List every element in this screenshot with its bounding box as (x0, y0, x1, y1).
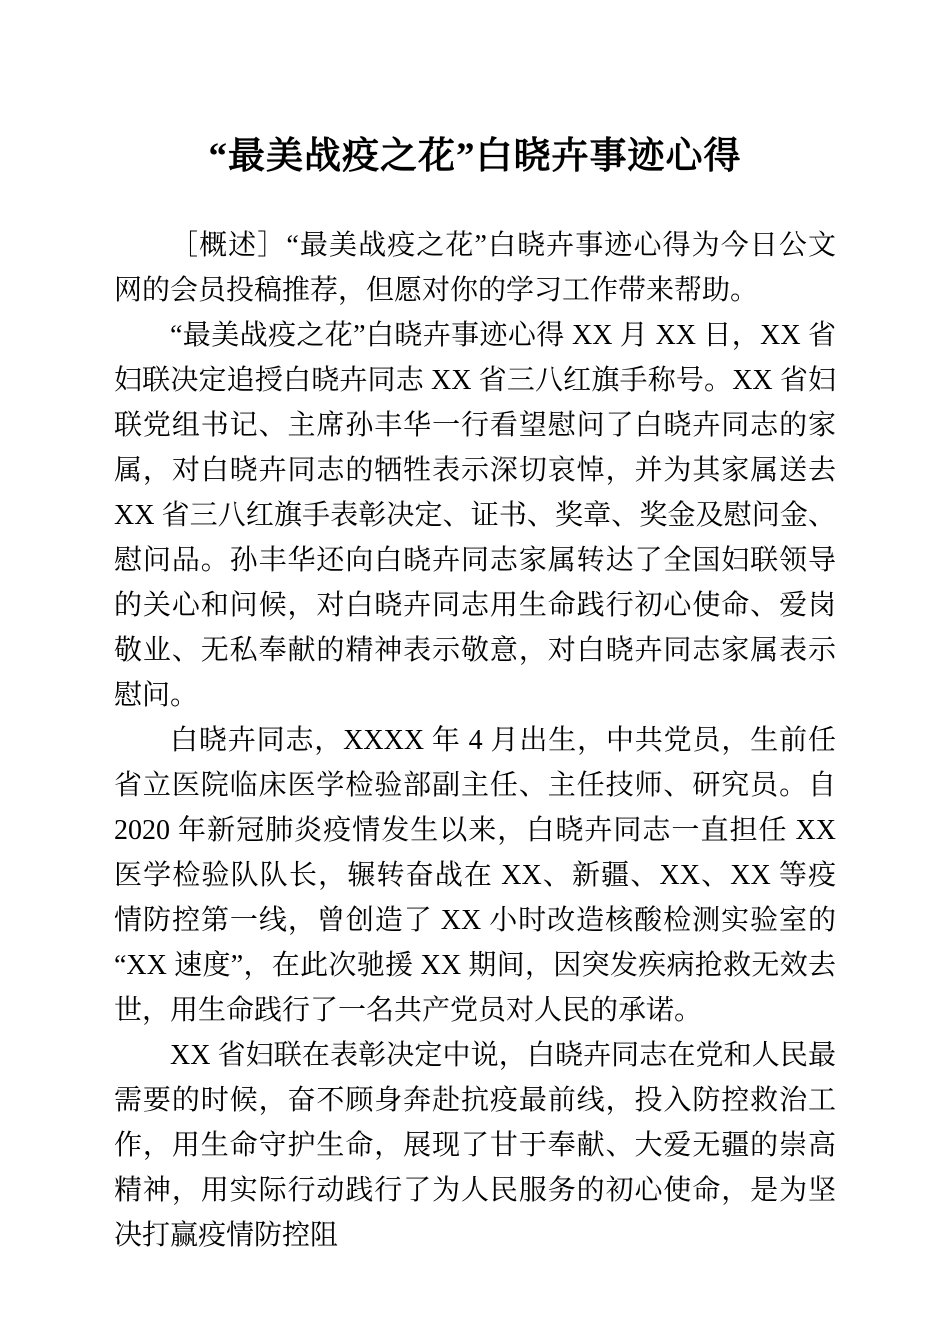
document-page: “最美战疫之花”白晓卉事迹心得 ［概述］“最美战疫之花”白晓卉事迹心得为今日公文… (0, 0, 950, 1344)
paragraph-commendation: “最美战疫之花”白晓卉事迹心得 XX 月 XX 日，XX 省妇联决定追授白晓卉同… (114, 313, 836, 718)
paragraph-tribute: XX 省妇联在表彰决定中说，白晓卉同志在党和人民最需要的时候，奋不顾身奔赴抗疫最… (114, 1033, 836, 1258)
paragraph-overview: ［概述］“最美战疫之花”白晓卉事迹心得为今日公文网的会员投稿推荐，但愿对你的学习… (114, 223, 836, 313)
document-title: “最美战疫之花”白晓卉事迹心得 (114, 131, 836, 183)
paragraph-biography: 白晓卉同志，XXXX 年 4 月出生，中共党员，生前任省立医院临床医学检验部副主… (114, 718, 836, 1033)
document-body: ［概述］“最美战疫之花”白晓卉事迹心得为今日公文网的会员投稿推荐，但愿对你的学习… (114, 223, 836, 1258)
